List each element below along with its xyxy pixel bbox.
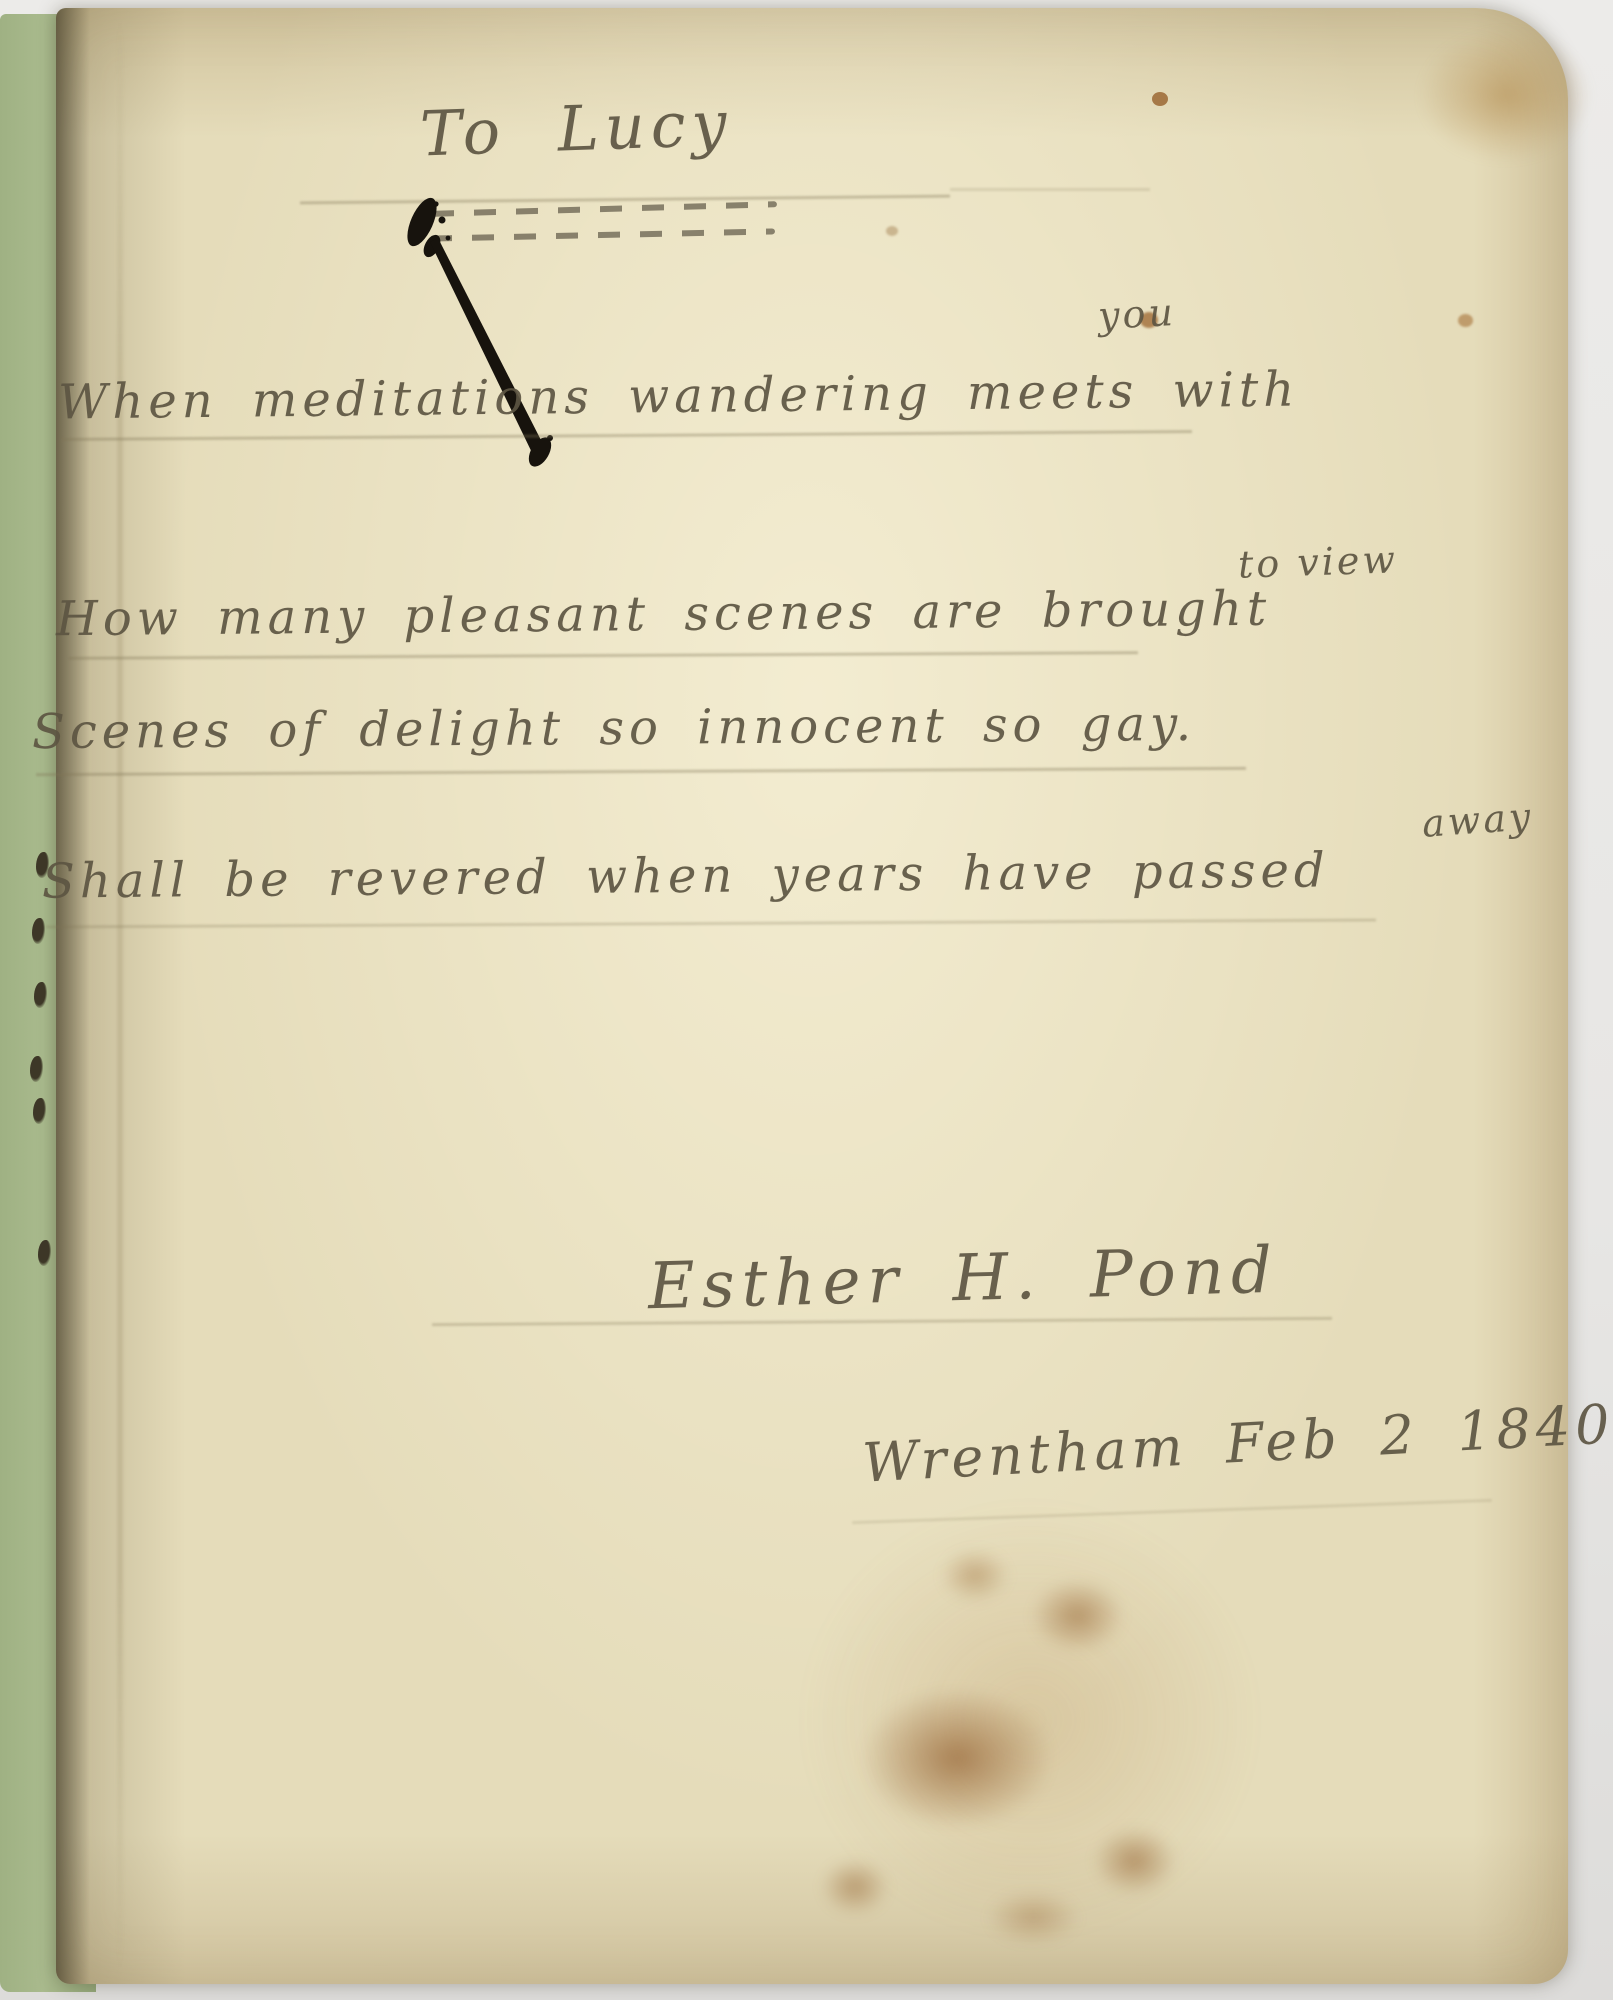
fox-spot [1152, 92, 1168, 106]
photograph-of-album-page: To Lucy you When meditations wandering m… [0, 0, 1613, 2000]
interlinear-word: to view [1237, 537, 1398, 587]
page-title: To Lucy [419, 87, 734, 171]
foxing-stain [940, 1548, 1010, 1603]
corner-stain [1418, 28, 1593, 163]
foxing-stain [986, 1890, 1081, 1945]
interlinear-word: away [1421, 794, 1535, 846]
fox-spot [1458, 314, 1473, 327]
poem-line: How many pleasant scenes are brought [56, 581, 1272, 648]
gutter-crease [118, 20, 122, 1970]
foxing-stain [1092, 1826, 1177, 1896]
foxing-stain [862, 1688, 1052, 1828]
ink-blot [380, 180, 590, 500]
title-underline-faint [950, 188, 1150, 191]
fox-spot [886, 226, 898, 236]
foxing-stain [820, 1858, 890, 1916]
foxing-stain [1030, 1578, 1125, 1653]
interlinear-word: you [1097, 290, 1177, 338]
gutter-shadow [56, 8, 90, 1984]
poem-line: Shall be revered when years have passed [42, 842, 1330, 909]
poem-line: Scenes of delight so innocent so gay. [32, 696, 1196, 760]
